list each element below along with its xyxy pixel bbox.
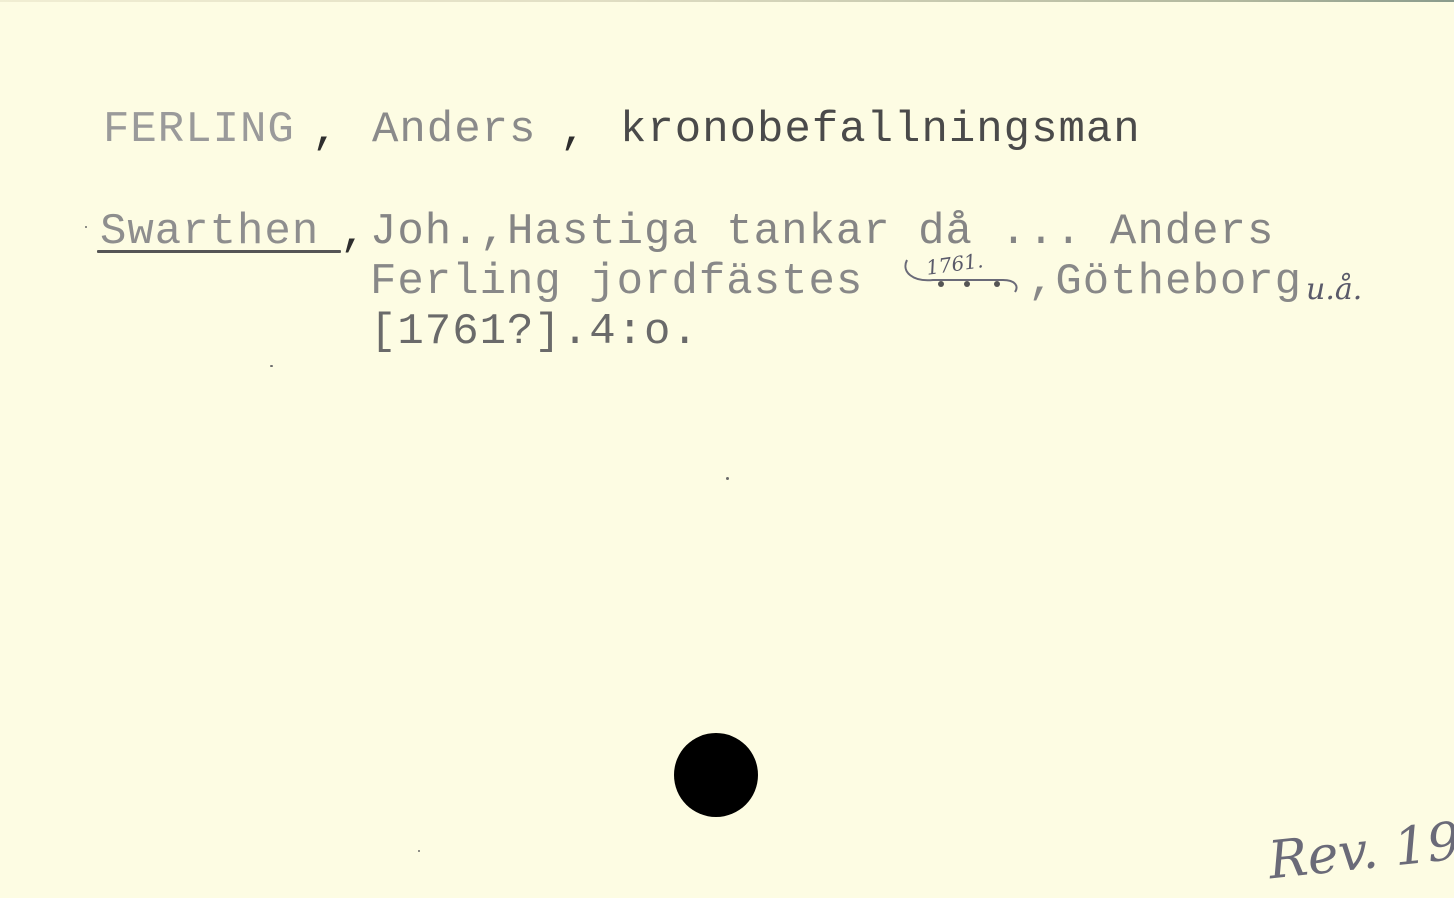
speck	[418, 850, 420, 852]
heading-comma: ,	[312, 110, 339, 154]
entry-author: Swarthen	[100, 210, 319, 254]
heading-comma: ,	[560, 110, 587, 154]
heading-given-name: Anders	[372, 108, 536, 152]
revision-note: Rev. 1969	[1266, 805, 1454, 892]
heading-occupation: kronobefallningsman	[620, 108, 1141, 152]
author-underline	[97, 250, 341, 253]
speck	[726, 477, 729, 480]
entry-place: ,Götheborg	[1028, 260, 1302, 304]
punch-hole	[674, 733, 758, 817]
card-top-edge	[0, 0, 1454, 2]
entry-title-line-2: Ferling jordfästes	[370, 260, 863, 304]
speck	[85, 226, 87, 228]
heading-surname: FERLING	[103, 108, 295, 152]
entry-imprint: [1761?].4:o.	[370, 310, 699, 354]
handwritten-abbreviation: u.å.	[1306, 272, 1362, 307]
entry-title-line-1: Joh.,Hastiga tankar då ... Anders	[370, 210, 1274, 254]
speck	[270, 365, 273, 367]
entry-author-comma: ,	[340, 212, 367, 256]
catalog-card: FERLING , Anders , kronobefallningsman S…	[0, 0, 1454, 898]
